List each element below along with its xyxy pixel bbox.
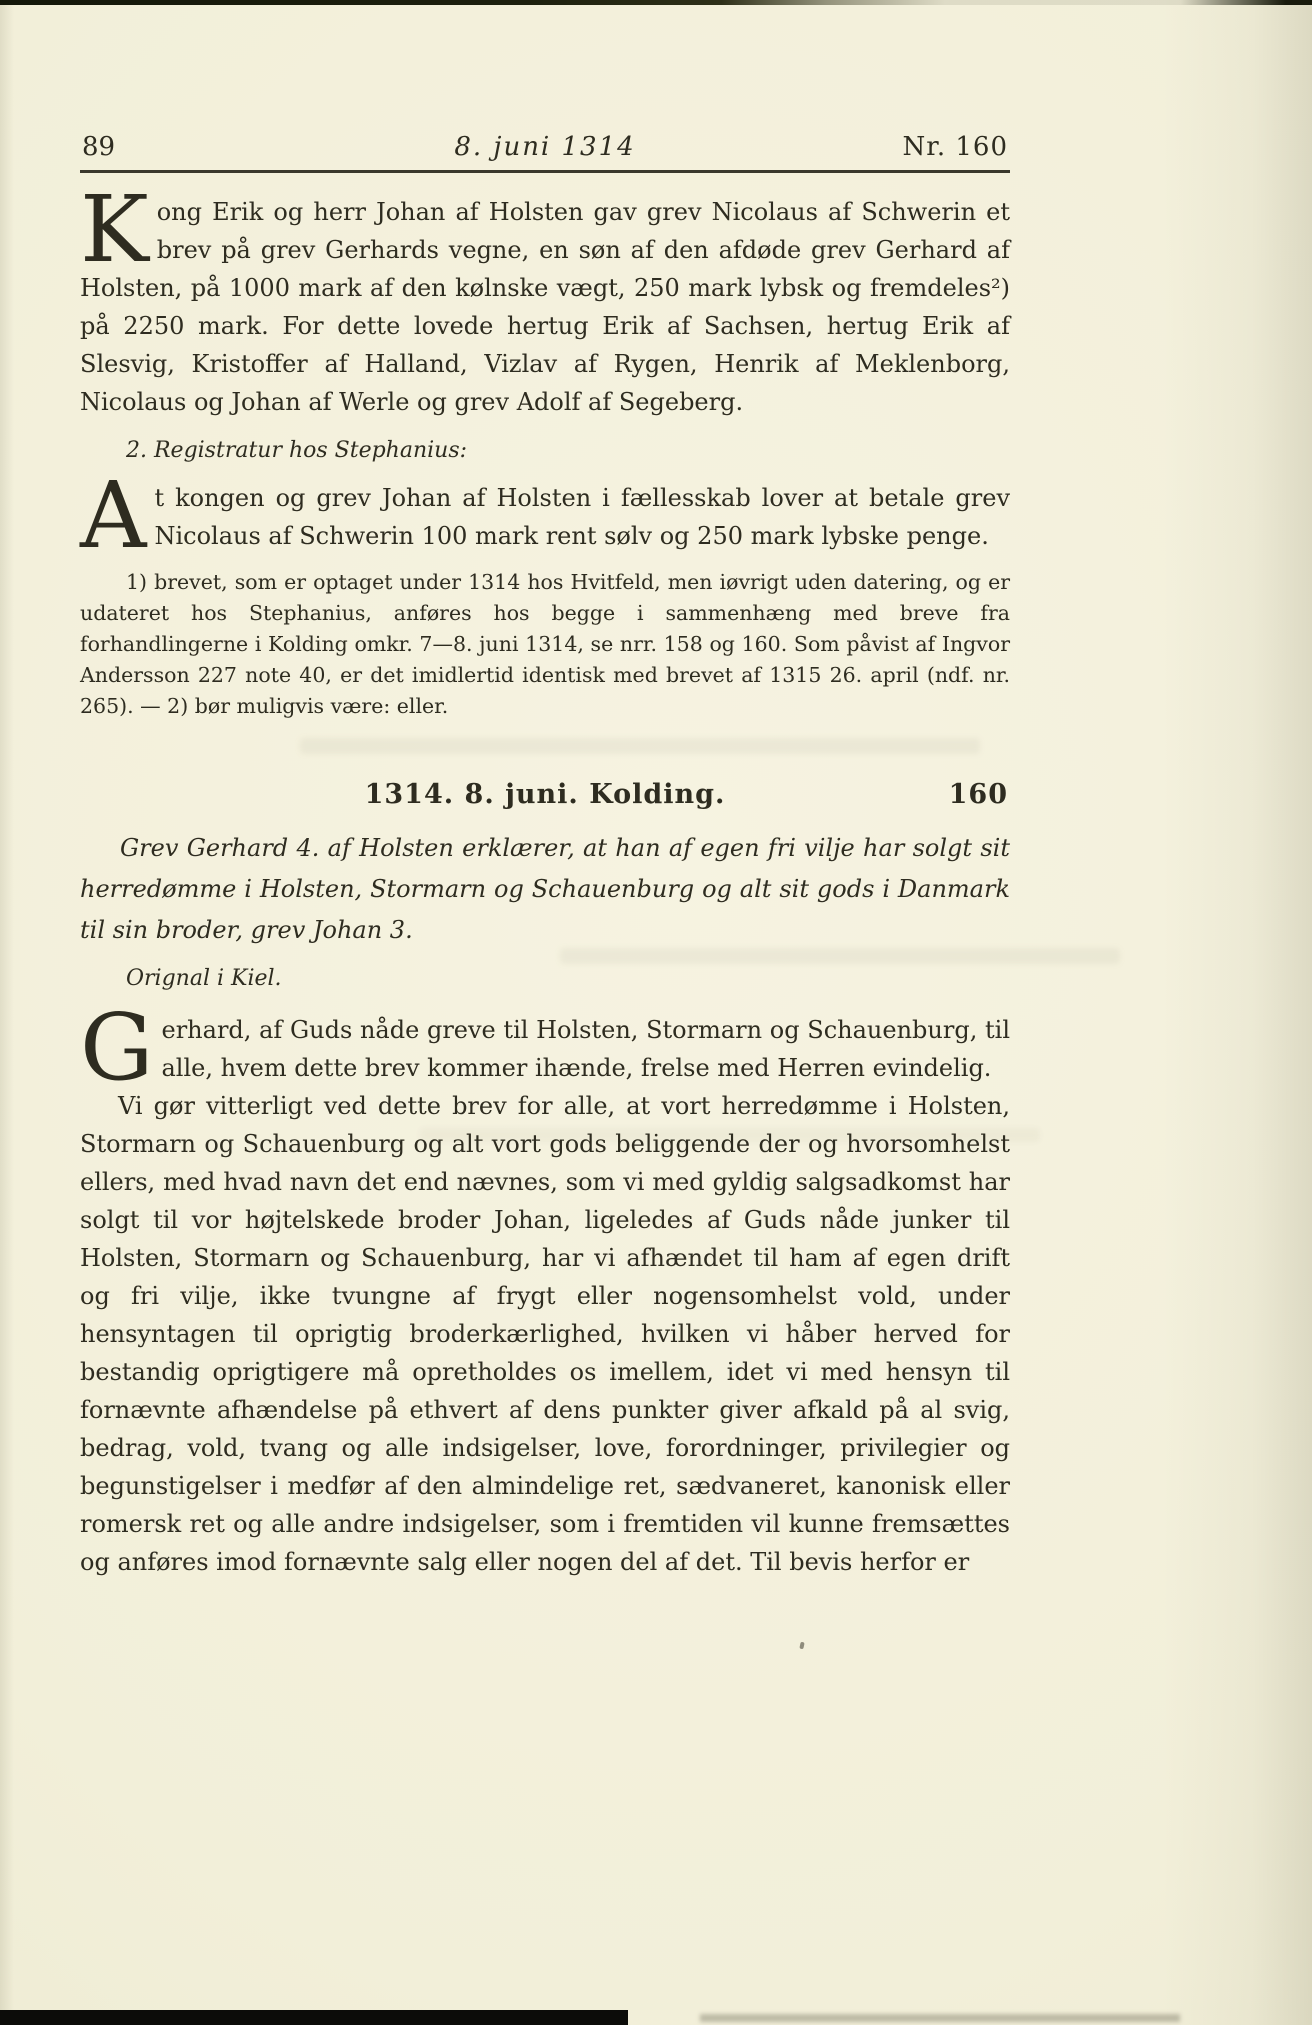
registratur-heading: 2. Registratur hos Stephanius: — [80, 433, 1010, 469]
entry-source-note: Orignal i Kiel. — [80, 963, 1010, 995]
dropcap-initial-a: A — [80, 479, 154, 553]
charter-paragraph-2: Vi gør vitterligt ved dette brev for all… — [80, 1087, 1010, 1581]
entry-159-section: Kong Erik og herr Johan af Holsten gav g… — [80, 193, 1010, 722]
footnote-block: 1) brevet, som er optaget under 1314 hos… — [80, 567, 1010, 722]
scan-bottom-edge-artifact — [0, 2010, 628, 2025]
dropcap-initial-g: G — [80, 1011, 162, 1085]
entry-ref: Nr. 160 — [828, 132, 1008, 162]
entry-160-section: 1314. 8. juni. Kolding. 160 Grev Gerhard… — [80, 778, 1010, 1581]
scan-bottom-smudge-artifact — [700, 2014, 1180, 2022]
scan-top-edge-artifact — [0, 0, 1312, 5]
regest-paragraph-2: At kongen og grev Johan af Holsten i fæl… — [80, 479, 1010, 555]
ink-speck-artifact — [799, 1642, 804, 1650]
page-number: 89 — [82, 132, 262, 162]
regest-paragraph-1: Kong Erik og herr Johan af Holsten gav g… — [80, 193, 1010, 421]
entry-number: 160 — [949, 778, 1008, 812]
page-header: 89 8. juni 1314 Nr. 160 — [80, 132, 1010, 173]
entry-heading: 1314. 8. juni. Kolding. 160 — [80, 778, 1010, 812]
entry-heading-date: 1314. 8. juni. Kolding. — [365, 779, 726, 810]
charter-paragraph-1: Gerhard, af Guds nåde greve til Holsten,… — [80, 1011, 1010, 1087]
running-title: 8. juni 1314 — [262, 132, 828, 162]
dropcap-initial-k: K — [80, 193, 157, 267]
text-block: 89 8. juni 1314 Nr. 160 Kong Erik og her… — [80, 132, 1010, 1581]
entry-summary: Grev Gerhard 4. af Holsten erklærer, at … — [80, 828, 1010, 951]
regest-text-2: t kongen og grev Johan af Holsten i fæll… — [154, 484, 1010, 550]
regest-text-1: ong Erik og herr Johan af Holsten gav gr… — [80, 198, 1010, 416]
scanned-book-page: 89 8. juni 1314 Nr. 160 Kong Erik og her… — [0, 0, 1312, 2025]
charter-text-1: erhard, af Guds nåde greve til Holsten, … — [162, 1016, 1011, 1082]
